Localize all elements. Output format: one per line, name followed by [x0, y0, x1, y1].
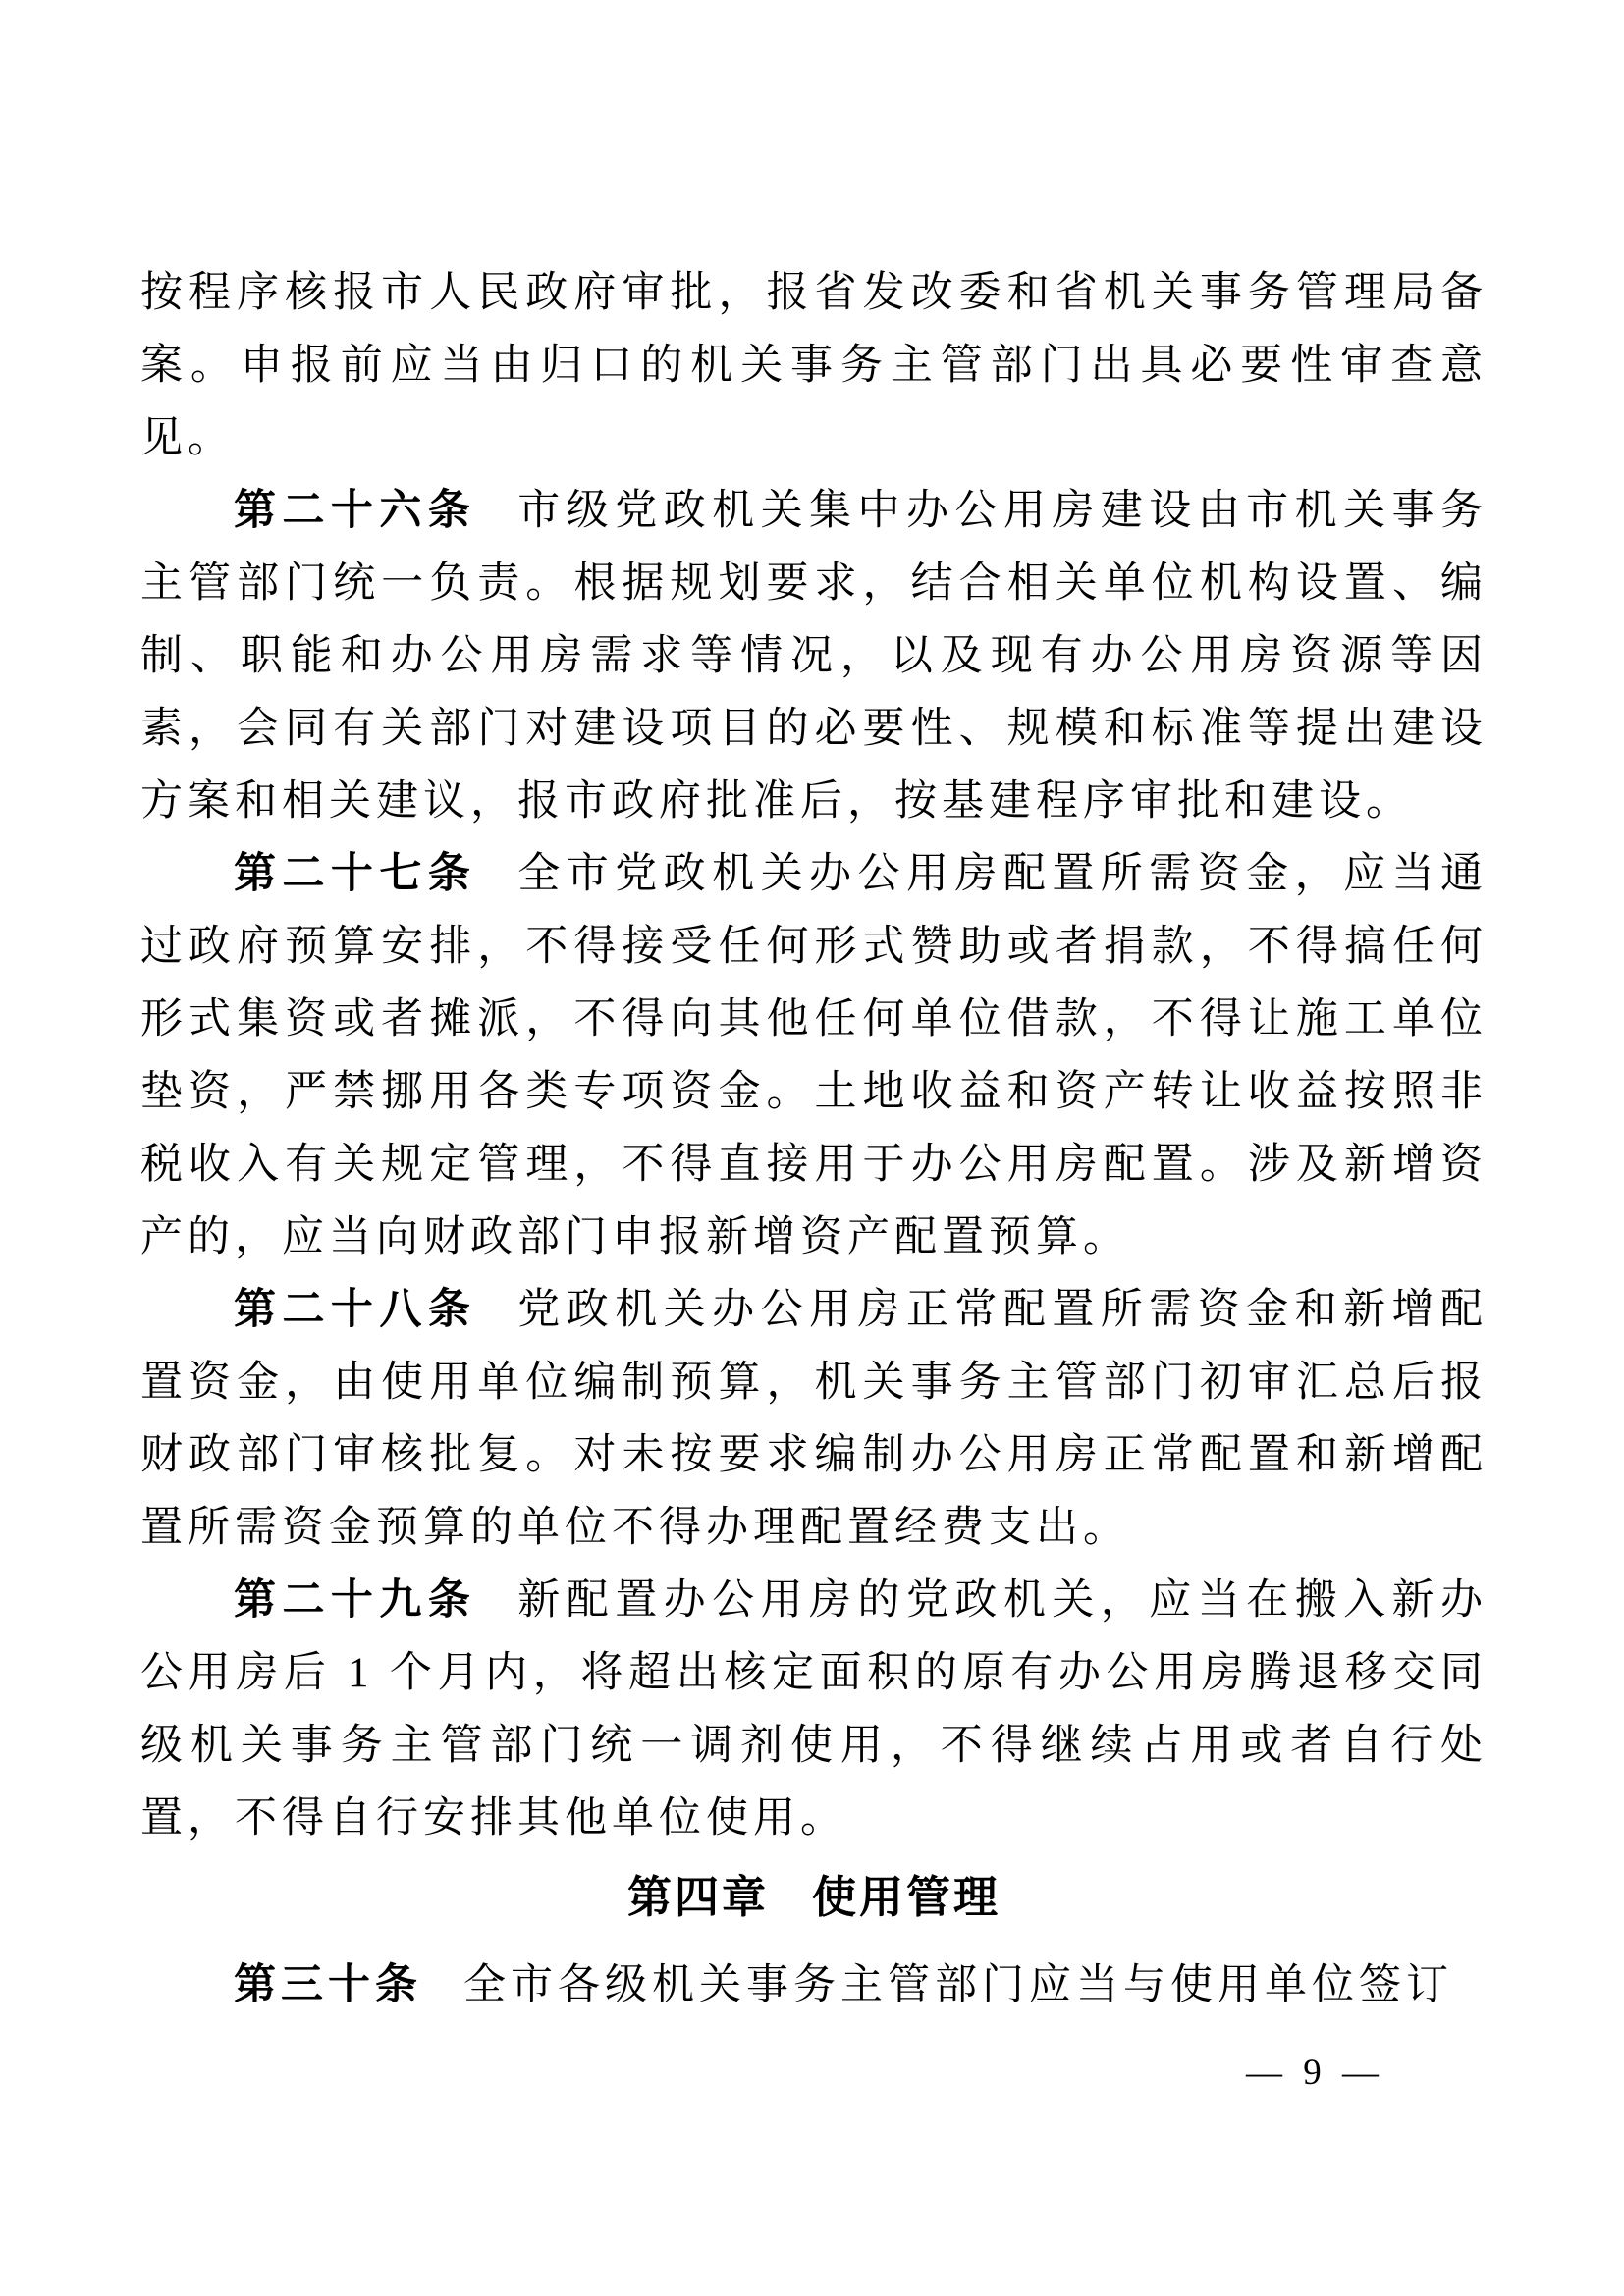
article-number: 第二十九条: [234, 1577, 476, 1624]
chapter-heading: 第四章使用管理: [140, 1861, 1488, 1934]
article-paragraph: 第二十八条党政机关办公用房正常配置所需资金和新增配置资金，由使用单位编制预算，机…: [140, 1274, 1488, 1565]
document-body: 按程序核报市人民政府审批，报省发改委和省机关事务管理局备案。申报前应当由归口的机…: [140, 257, 1488, 2022]
article-number: 第二十八条: [234, 1287, 476, 1333]
chapter-number: 第四章: [627, 1872, 769, 1922]
paragraph-text: 市级党政机关集中办公用房建设由市机关事务主管部门统一负责。根据规划要求，结合相关…: [140, 488, 1488, 825]
chapter-title: 使用管理: [812, 1872, 1001, 1922]
article-number: 第二十六条: [234, 488, 476, 534]
paragraph-text: 全市各级机关事务主管部门应当与使用单位签订: [463, 1962, 1453, 2008]
article-paragraph: 第二十六条市级党政机关集中办公用房建设由市机关事务主管部门统一负责。根据规划要求…: [140, 475, 1488, 838]
page-number-footer: — 9 —: [1246, 2050, 1384, 2097]
article-paragraph: 第二十七条全市党政机关办公用房配置所需资金，应当通过政府预算安排，不得接受任何形…: [140, 838, 1488, 1274]
body-paragraph: 按程序核报市人民政府审批，报省发改委和省机关事务管理局备案。申报前应当由归口的机…: [140, 257, 1488, 475]
article-paragraph: 第二十九条新配置办公用房的党政机关，应当在搬入新办公用房后 1 个月内，将超出核…: [140, 1565, 1488, 1855]
paragraph-text: 全市党政机关办公用房配置所需资金，应当通过政府预算安排，不得接受任何形式赞助或者…: [140, 851, 1488, 1260]
document-page: 按程序核报市人民政府审批，报省发改委和省机关事务管理局备案。申报前应当由归口的机…: [0, 0, 1624, 2296]
article-number: 第三十条: [234, 1962, 422, 2008]
paragraph-text: 按程序核报市人民政府审批，报省发改委和省机关事务管理局备案。申报前应当由归口的机…: [140, 270, 1488, 461]
article-paragraph: 第三十条全市各级机关事务主管部门应当与使用单位签订: [140, 1949, 1488, 2022]
article-number: 第二十七条: [234, 851, 476, 897]
